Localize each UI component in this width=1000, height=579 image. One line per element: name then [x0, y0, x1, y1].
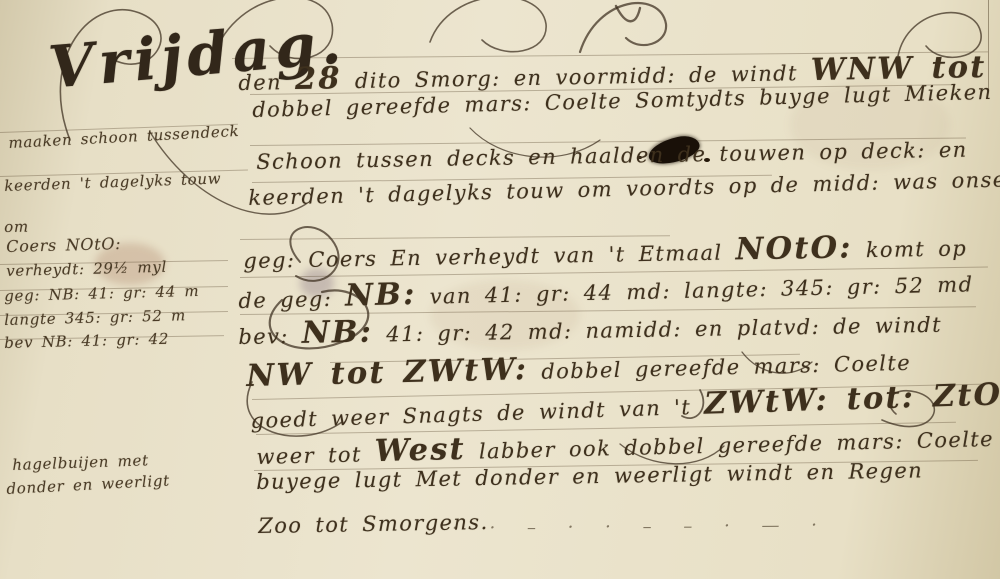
wind-direction: West [374, 431, 466, 469]
margin-note-longitude: langte 345: gr: 52 m [4, 306, 186, 329]
flourish-stroke [580, 3, 666, 52]
wind-direction: NW tot ZWtW: [246, 351, 529, 394]
flourish-stroke [430, 0, 546, 52]
logbook-page: Vrijdag. den 28 dito Smorg: en voormidd:… [0, 0, 1000, 579]
wind-direction: ZWtW: tot: ZtO [704, 376, 1000, 421]
log-line-segment: van 41: gr: 44 md: langte: 345: gr: 52 m… [416, 272, 973, 309]
log-line-segment: dobbel gereefde mars: Coelte [528, 351, 911, 384]
log-line-segment: de geg: [238, 287, 345, 313]
log-line-segment: 41: gr: 42 md: namidd: en platvd: de win… [373, 313, 942, 347]
dateline-text: den [238, 70, 295, 95]
log-line: keerden 't dagelyks touw om voordts op d… [248, 167, 1000, 210]
margin-note: maaken schoon tussendeck [8, 122, 240, 152]
log-line-segment: weer tot [256, 442, 375, 469]
latitude-abbreviation: NB: [345, 276, 417, 314]
course-abbreviation: NOtO: [735, 229, 853, 267]
margin-note: om [4, 218, 29, 236]
log-line-segment: bev: [238, 324, 302, 349]
log-line-segment: keerden 't dagelyks touw om voordts op d… [248, 167, 1000, 210]
margin-note-course: Coers NOtO: [6, 234, 122, 256]
log-line-segment: komt op [853, 236, 968, 262]
flourish-stroke [616, 6, 640, 21]
margin-note: keerden 't dagelyks touw [4, 169, 222, 195]
margin-note-latitude-found: bev NB: 41: gr: 42 [4, 330, 169, 352]
dateline-daynumber: 28 [295, 60, 342, 97]
margin-note-weather: hagelbuijen met [12, 451, 149, 474]
pen-fill-dashes: · · – · · – – · — · [452, 515, 830, 539]
margin-note-latitude: geg: NB: 41: gr: 44 m [4, 282, 200, 305]
margin-note-weather: donder en weerligt [6, 471, 170, 498]
log-line-segment: geg: Coers En verheydt van 't Etmaal [243, 240, 736, 273]
latitude-abbreviation: NB: [301, 314, 373, 351]
